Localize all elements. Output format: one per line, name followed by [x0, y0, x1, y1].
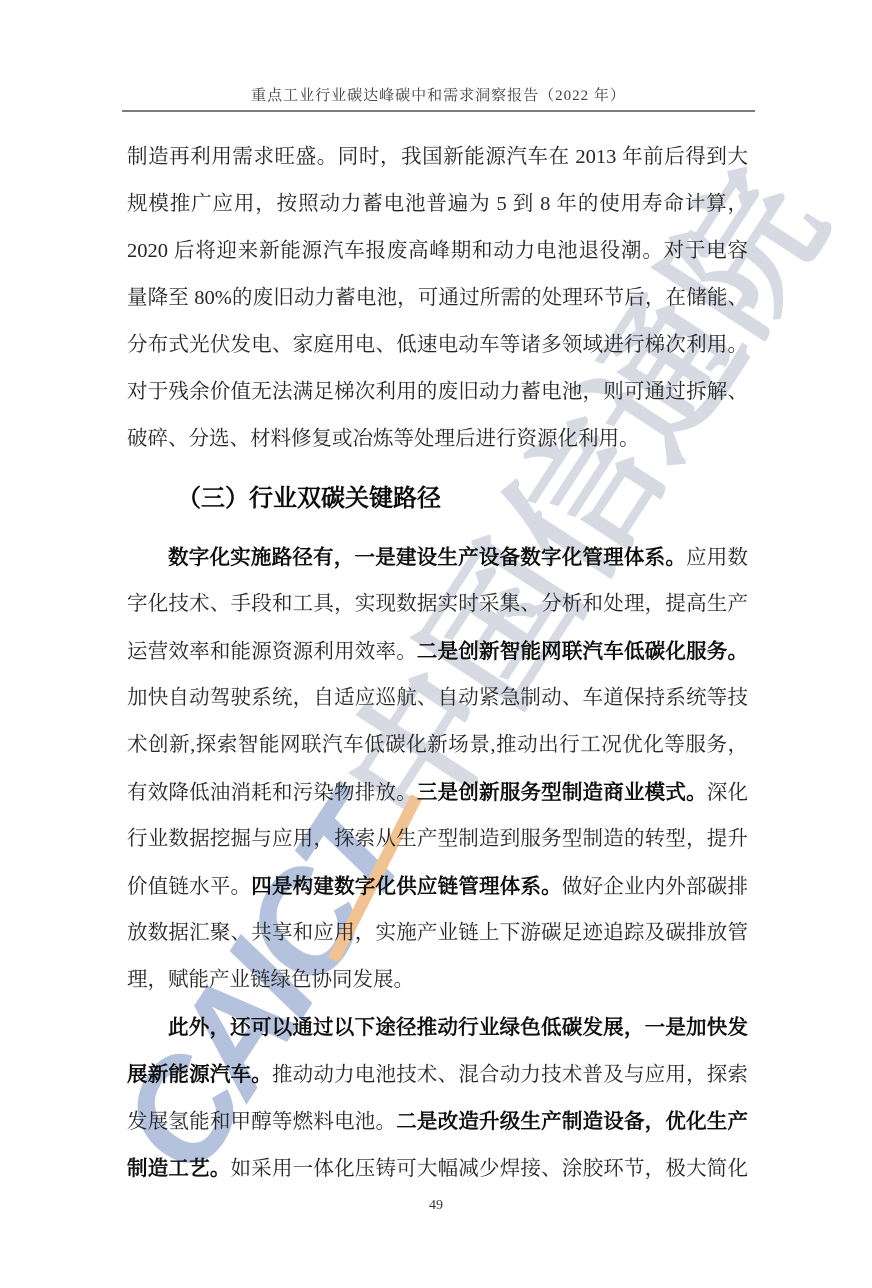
text-run: 推动动力电池技术、混合动力技术普及与应用，探索 [272, 1064, 748, 1086]
header-rule [122, 110, 755, 112]
header-title: 重点工业行业碳达峰碳中和需求洞察报告（2022 年） [122, 84, 755, 105]
text-run: 四是构建数字化供应链管理体系。 [251, 875, 562, 898]
text-run: 二是创新智能网联汽车低碳化服务。 [417, 640, 748, 663]
text-line: 规模推广应用，按照动力蓄电池普遍为 5 到 8 年的使用寿命计算， [127, 181, 748, 228]
text-line: 分布式光伏发电、家庭用电、低速电动车等诸多领域进行梯次利用。 [127, 322, 748, 369]
text-line: 破碎、分选、材料修复或冶炼等处理后进行资源化利用。 [127, 416, 748, 463]
paragraph: 数字化实施路径有，一是建设生产设备数字化管理体系。应用数字化技术、手段和工具，实… [127, 534, 748, 1004]
text-run: 展新能源汽车。 [127, 1063, 272, 1086]
report-page: CAICT中国信通院 重点工业行业碳达峰碳中和需求洞察报告（2022 年） 制造… [0, 0, 872, 1288]
text-run: 发展氢能和甲醇等燃料电池。 [127, 1111, 396, 1133]
text-line: 发展氢能和甲醇等燃料电池。二是改造升级生产制造设备，优化生产 [127, 1098, 748, 1145]
text-run: 运营效率和能源资源利用效率。 [127, 641, 417, 663]
paragraph: 此外，还可以通过以下途径推动行业绿色低碳发展，一是加快发展新能源汽车。推动动力电… [127, 1004, 748, 1192]
text-line: 字化技术、手段和工具，实现数据实时采集、分析和处理，提高生产 [127, 581, 748, 628]
text-run: 价值链水平。 [127, 876, 251, 898]
text-run: 深化 [707, 782, 748, 804]
text-run: 放数据汇聚、共享和应用，实施产业链上下游碳足迹追踪及碳排放管 [127, 922, 748, 944]
text-run: 破碎、分选、材料修复或冶炼等处理后进行资源化利用。 [127, 428, 640, 450]
text-run: 理，赋能产业链绿色协同发展。 [127, 969, 414, 991]
text-line: 2020 后将迎来新能源汽车报废高峰期和动力电池退役潮。对于电容 [127, 228, 748, 275]
page-number: 49 [0, 1198, 872, 1214]
text-run: 字化技术、手段和工具，实现数据实时采集、分析和处理，提高生产 [127, 593, 748, 615]
text-line: 制造工艺。如采用一体化压铸可大幅减少焊接、涂胶环节，极大简化 [127, 1145, 748, 1192]
text-run: 制造再利用需求旺盛。同时，我国新能源汽车在 2013 年前后得到大 [127, 146, 748, 168]
text-run: 分布式光伏发电、家庭用电、低速电动车等诸多领域进行梯次利用。 [127, 334, 748, 356]
section-heading: （三）行业双碳关键路径 [127, 475, 748, 522]
text-run: 如采用一体化压铸可大幅减少焊接、涂胶环节，极大简化 [231, 1158, 748, 1180]
text-line: 运营效率和能源资源利用效率。二是创新智能网联汽车低碳化服务。 [127, 628, 748, 675]
text-line: 价值链水平。四是构建数字化供应链管理体系。做好企业内外部碳排 [127, 863, 748, 910]
text-line: 理，赋能产业链绿色协同发展。 [127, 957, 748, 1004]
text-line: 数字化实施路径有，一是建设生产设备数字化管理体系。应用数 [127, 534, 748, 581]
text-line: 放数据汇聚、共享和应用，实施产业链上下游碳足迹追踪及碳排放管 [127, 910, 748, 957]
paragraph: 制造再利用需求旺盛。同时，我国新能源汽车在 2013 年前后得到大规模推广应用，… [127, 134, 748, 463]
text-run: 规模推广应用，按照动力蓄电池普遍为 5 到 8 年的使用寿命计算， [127, 193, 748, 215]
text-run: 加快自动驾驶系统，自适应巡航、自动紧急制动、车道保持系统等技 [127, 687, 748, 709]
text-line: 量降至 80%的废旧动力蓄电池，可通过所需的处理环节后，在储能、 [127, 275, 748, 322]
text-run: 有效降低油消耗和污染物排放。 [127, 782, 417, 804]
text-line: 展新能源汽车。推动动力电池技术、混合动力技术普及与应用，探索 [127, 1051, 748, 1098]
text-run: 术创新,探索智能网联汽车低碳化新场景,推动出行工况优化等服务， [127, 734, 748, 756]
text-run: 行业数据挖掘与应用，探索从生产型制造到服务型制造的转型，提升 [127, 828, 748, 850]
text-run: 做好企业内外部碳排 [562, 876, 748, 898]
document-body: 制造再利用需求旺盛。同时，我国新能源汽车在 2013 年前后得到大规模推广应用，… [127, 134, 748, 1192]
text-line: 术创新,探索智能网联汽车低碳化新场景,推动出行工况优化等服务， [127, 722, 748, 769]
text-run: 对于残余价值无法满足梯次利用的废旧动力蓄电池，则可通过拆解、 [127, 381, 748, 403]
text-run: 应用数 [686, 547, 748, 569]
page-header: 重点工业行业碳达峰碳中和需求洞察报告（2022 年） [122, 84, 755, 112]
text-run: 数字化实施路径有，一是建设生产设备数字化管理体系。 [168, 546, 686, 569]
text-line: 有效降低油消耗和污染物排放。三是创新服务型制造商业模式。深化 [127, 769, 748, 816]
text-run: 2020 后将迎来新能源汽车报废高峰期和动力电池退役潮。对于电容 [127, 240, 748, 262]
text-line: 制造再利用需求旺盛。同时，我国新能源汽车在 2013 年前后得到大 [127, 134, 748, 181]
text-run: 量降至 80%的废旧动力蓄电池，可通过所需的处理环节后，在储能、 [127, 287, 748, 309]
text-run: 三是创新服务型制造商业模式。 [417, 781, 707, 804]
text-line: 加快自动驾驶系统，自适应巡航、自动紧急制动、车道保持系统等技 [127, 675, 748, 722]
text-line: 行业数据挖掘与应用，探索从生产型制造到服务型制造的转型，提升 [127, 816, 748, 863]
text-run: 制造工艺。 [127, 1157, 231, 1180]
text-run: 二是改造升级生产制造设备，优化生产 [396, 1110, 748, 1133]
text-run: 此外，还可以通过以下途径推动行业绿色低碳发展，一是加快发 [168, 1016, 748, 1039]
text-line: 对于残余价值无法满足梯次利用的废旧动力蓄电池，则可通过拆解、 [127, 369, 748, 416]
text-line: 此外，还可以通过以下途径推动行业绿色低碳发展，一是加快发 [127, 1004, 748, 1051]
